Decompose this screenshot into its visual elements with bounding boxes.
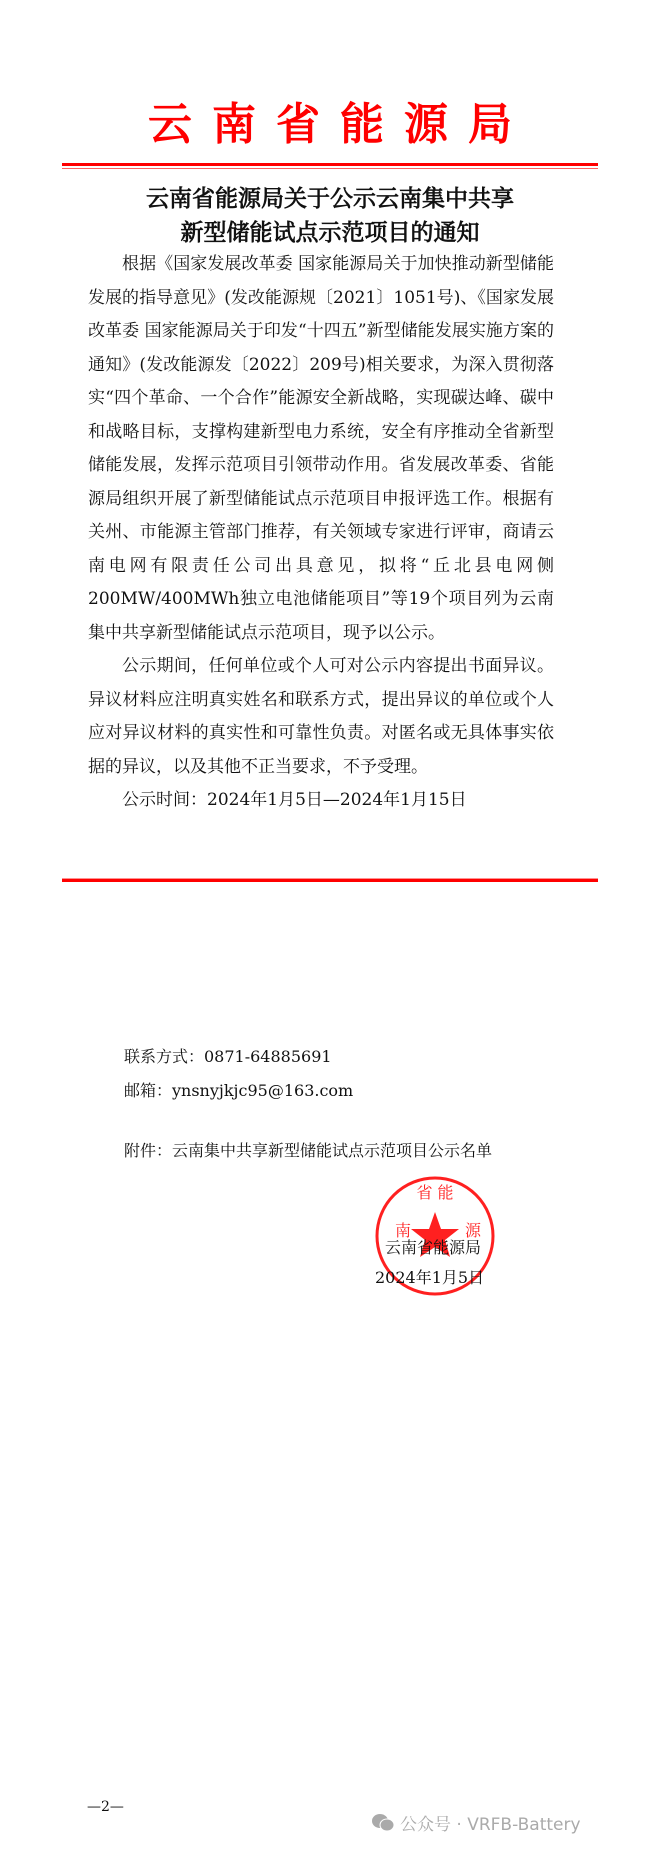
page-number: —2— bbox=[87, 1799, 124, 1815]
wechat-icon bbox=[372, 1813, 394, 1833]
title-line-2: 新型储能试点示范项目的通知 bbox=[0, 216, 660, 250]
watermark-text: 公众号 · VRFB-Battery bbox=[400, 1810, 581, 1835]
signer-name: 云南省能源局 bbox=[385, 1235, 481, 1258]
contact-email: 邮箱：ynsnyjkjc95@163.com bbox=[124, 1079, 353, 1103]
paragraph-objection: 公示期间，任何单位或个人可对公示内容提出书面异议。异议材料应注明真实姓名和联系方… bbox=[88, 650, 554, 784]
watermark: 公众号 · VRFB-Battery bbox=[372, 1810, 581, 1835]
paragraph-basis: 根据《国家发展改革委 国家能源局关于加快推动新型储能发展的指导意见》(发改能源规… bbox=[88, 248, 554, 650]
attachment-line[interactable]: 附件：云南集中共享新型储能试点示范项目公示名单 bbox=[124, 1139, 492, 1163]
svg-text:省 能: 省 能 bbox=[416, 1183, 453, 1202]
document-title: 云南省能源局关于公示云南集中共享 新型储能试点示范项目的通知 bbox=[0, 182, 660, 250]
paragraph-period: 公示时间：2024年1月5日—2024年1月15日 bbox=[88, 784, 554, 818]
contact-phone: 联系方式：0871-64885691 bbox=[124, 1045, 332, 1069]
signature-date: 2024年1月5日 bbox=[375, 1265, 484, 1288]
document-body: 根据《国家发展改革委 国家能源局关于加快推动新型储能发展的指导意见》(发改能源规… bbox=[88, 248, 554, 818]
header-divider bbox=[62, 163, 598, 166]
agency-masthead: 云南省能源局 bbox=[0, 100, 660, 150]
title-line-1: 云南省能源局关于公示云南集中共享 bbox=[0, 182, 660, 216]
header-divider-thin bbox=[62, 168, 598, 169]
body-divider bbox=[62, 879, 598, 882]
